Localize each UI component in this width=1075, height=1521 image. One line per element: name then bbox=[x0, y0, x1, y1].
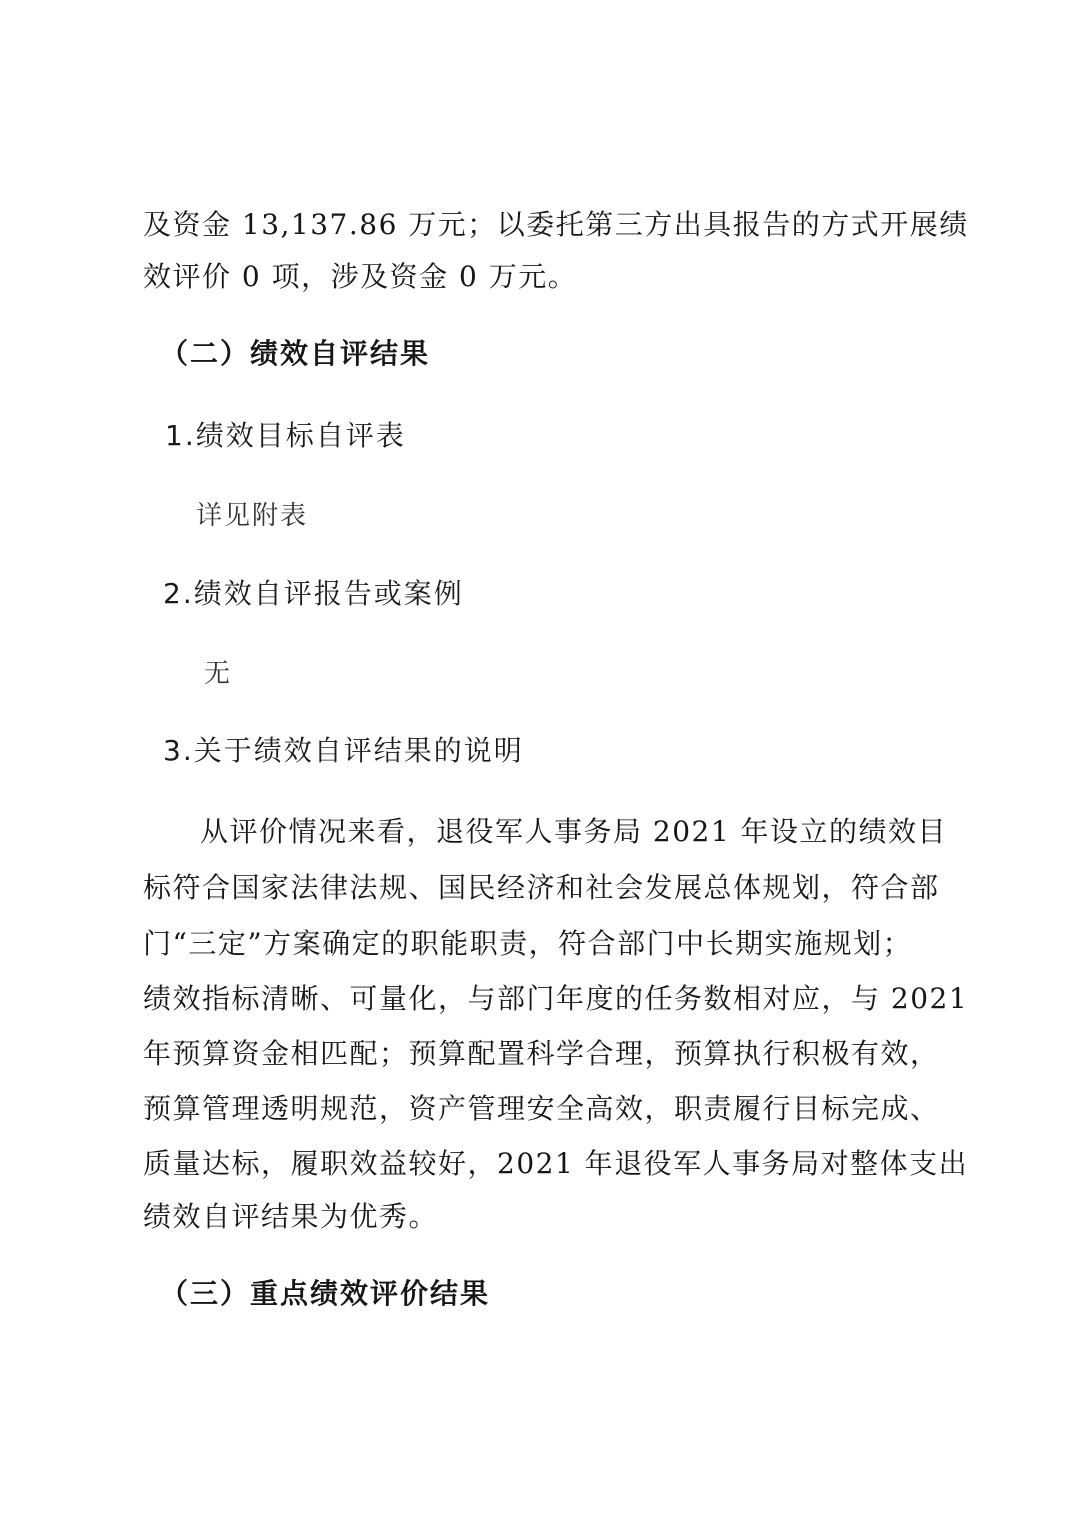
item-1-heading: 1.绩效目标自评表 bbox=[165, 418, 406, 454]
item-1-content: 详见附表 bbox=[196, 498, 308, 534]
section-heading-key-evaluation-results: （三）重点绩效评价结果 bbox=[160, 1276, 490, 1312]
paragraph-line-2: 标符合国家法律法规、国民经济和社会发展总体规划，符合部 bbox=[143, 870, 940, 906]
item-3-heading: 3.关于绩效自评结果的说明 bbox=[163, 733, 524, 769]
paragraph-line-6: 预算管理透明规范，资产管理安全高效，职责履行目标完成、 bbox=[143, 1091, 940, 1127]
paragraph-line-1: 从评价情况来看，退役军人事务局 2021 年设立的绩效目 bbox=[200, 814, 947, 850]
intro-line-1: 及资金 13,137.86 万元；以委托第三方出具报告的方式开展绩 bbox=[143, 207, 969, 243]
paragraph-line-7: 质量达标，履职效益较好，2021 年退役军人事务局对整体支出 bbox=[143, 1146, 968, 1182]
paragraph-line-5: 年预算资金相匹配；预算配置科学合理，预算执行积极有效， bbox=[143, 1036, 940, 1072]
intro-line-2: 效评价 0 项，涉及资金 0 万元。 bbox=[143, 259, 577, 295]
item-2-content: 无 bbox=[204, 656, 232, 692]
item-2-heading: 2.绩效自评报告或案例 bbox=[163, 576, 464, 612]
document-page: 及资金 13,137.86 万元；以委托第三方出具报告的方式开展绩 效评价 0 … bbox=[0, 0, 1075, 1521]
paragraph-line-8: 绩效自评结果为优秀。 bbox=[143, 1199, 438, 1235]
paragraph-line-4: 绩效指标清晰、可量化，与部门年度的任务数相对应，与 2021 bbox=[143, 981, 968, 1017]
section-heading-self-evaluation-results: （二）绩效自评结果 bbox=[160, 336, 430, 372]
paragraph-line-3: 门“三定”方案确定的职能职责，符合部门中长期实施规划； bbox=[143, 926, 912, 962]
